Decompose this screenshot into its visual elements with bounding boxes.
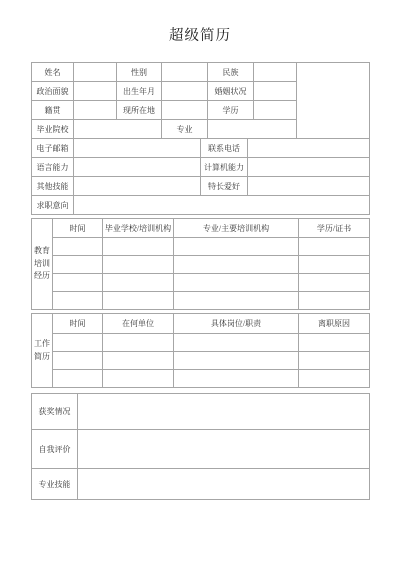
personal-info-table: 姓名 性别 民族 政治面貌 出生年月 婚姻状况 籍贯 现所在地 — [31, 62, 370, 215]
education-major-cell — [174, 256, 299, 274]
work-history-table: 工作 简历 时间 在何单位 具体岗位/职责 离职原因 — [31, 313, 370, 388]
computer-skill-value — [248, 158, 370, 177]
work-time-cell — [53, 370, 103, 388]
education-header-degree: 学历/证书 — [299, 219, 370, 238]
education-major-cell — [174, 292, 299, 310]
self-evaluation-row: 自我评价 — [32, 430, 370, 469]
education-time-cell — [53, 274, 103, 292]
row-otherskills-hobby: 其他技能 特长爱好 — [32, 177, 370, 196]
graduate-school-label: 毕业院校 — [32, 120, 74, 139]
work-empty-row — [32, 370, 370, 388]
professional-skills-label: 专业技能 — [32, 469, 78, 500]
work-position-cell — [174, 352, 299, 370]
row-name-gender-ethnicity: 姓名 性别 民族 — [32, 63, 370, 82]
education-time-cell — [53, 256, 103, 274]
major-label: 专业 — [162, 120, 208, 139]
other-skills-label: 其他技能 — [32, 177, 74, 196]
phone-label: 联系电话 — [201, 139, 248, 158]
row-language-computer: 语言能力 计算机能力 — [32, 158, 370, 177]
education-time-cell — [53, 292, 103, 310]
degree-label: 学历 — [208, 101, 254, 120]
education-header-major: 专业/主要培训机构 — [174, 219, 299, 238]
professional-skills-value — [78, 469, 370, 500]
political-status-value — [74, 82, 117, 101]
photo-area — [297, 63, 370, 139]
self-evaluation-label: 自我评价 — [32, 430, 78, 469]
work-reason-cell — [299, 352, 370, 370]
education-school-cell — [103, 256, 174, 274]
work-reason-cell — [299, 370, 370, 388]
major-value — [208, 120, 297, 139]
resume-page: 超级简历 姓名 性别 民族 政治面貌 出生年月 — [0, 0, 400, 565]
work-time-cell — [53, 334, 103, 352]
education-section-label: 教育 培训 经历 — [32, 219, 53, 310]
birth-date-label: 出生年月 — [117, 82, 162, 101]
row-objective: 求职意向 — [32, 196, 370, 215]
education-school-cell — [103, 292, 174, 310]
summary-table: 获奖情况 自我评价 专业技能 — [31, 393, 370, 500]
work-company-cell — [103, 352, 174, 370]
education-empty-row — [32, 274, 370, 292]
ethnicity-label: 民族 — [208, 63, 254, 82]
job-objective-label: 求职意向 — [32, 196, 74, 215]
work-section-label: 工作 简历 — [32, 314, 53, 388]
education-empty-row — [32, 292, 370, 310]
education-empty-row — [32, 238, 370, 256]
name-label: 姓名 — [32, 63, 74, 82]
work-header-company: 在何单位 — [103, 314, 174, 334]
native-place-value — [74, 101, 117, 120]
marital-status-label: 婚姻状况 — [208, 82, 254, 101]
education-degree-cell — [299, 274, 370, 292]
name-value — [74, 63, 117, 82]
education-school-cell — [103, 274, 174, 292]
email-value — [74, 139, 201, 158]
education-header-row: 教育 培训 经历 时间 毕业学校/培训机构 专业/主要培训机构 学历/证书 — [32, 219, 370, 238]
work-empty-row — [32, 334, 370, 352]
work-position-cell — [174, 334, 299, 352]
education-table: 教育 培训 经历 时间 毕业学校/培训机构 专业/主要培训机构 学历/证书 — [31, 218, 370, 310]
gender-label: 性别 — [117, 63, 162, 82]
awards-row: 获奖情况 — [32, 394, 370, 430]
current-location-label: 现所在地 — [117, 101, 162, 120]
education-time-cell — [53, 238, 103, 256]
education-degree-cell — [299, 292, 370, 310]
gender-value — [162, 63, 208, 82]
ethnicity-value — [254, 63, 297, 82]
birth-date-value — [162, 82, 208, 101]
work-header-leaving-reason: 离职原因 — [299, 314, 370, 334]
education-header-school: 毕业学校/培训机构 — [103, 219, 174, 238]
work-header-row: 工作 简历 时间 在何单位 具体岗位/职责 离职原因 — [32, 314, 370, 334]
graduate-school-value — [74, 120, 162, 139]
native-place-label: 籍贯 — [32, 101, 74, 120]
hobby-value — [248, 177, 370, 196]
degree-value — [254, 101, 297, 120]
awards-value — [78, 394, 370, 430]
language-ability-value — [74, 158, 201, 177]
email-label: 电子邮箱 — [32, 139, 74, 158]
education-major-cell — [174, 238, 299, 256]
education-school-cell — [103, 238, 174, 256]
work-company-cell — [103, 370, 174, 388]
language-ability-label: 语言能力 — [32, 158, 74, 177]
hobby-label: 特长爱好 — [201, 177, 248, 196]
other-skills-value — [74, 177, 201, 196]
work-reason-cell — [299, 334, 370, 352]
resume-body: 姓名 性别 民族 政治面貌 出生年月 婚姻状况 籍贯 现所在地 — [31, 62, 369, 500]
row-email-phone: 电子邮箱 联系电话 — [32, 139, 370, 158]
political-status-label: 政治面貌 — [32, 82, 74, 101]
education-degree-cell — [299, 238, 370, 256]
education-empty-row — [32, 256, 370, 274]
phone-value — [248, 139, 370, 158]
education-degree-cell — [299, 256, 370, 274]
work-company-cell — [103, 334, 174, 352]
work-header-position: 具体岗位/职责 — [174, 314, 299, 334]
work-position-cell — [174, 370, 299, 388]
work-empty-row — [32, 352, 370, 370]
work-header-time: 时间 — [53, 314, 103, 334]
current-location-value — [162, 101, 208, 120]
professional-skills-row: 专业技能 — [32, 469, 370, 500]
marital-status-value — [254, 82, 297, 101]
job-objective-value — [74, 196, 370, 215]
computer-skill-label: 计算机能力 — [201, 158, 248, 177]
awards-label: 获奖情况 — [32, 394, 78, 430]
self-evaluation-value — [78, 430, 370, 469]
page-title: 超级简历 — [0, 0, 400, 45]
work-time-cell — [53, 352, 103, 370]
education-major-cell — [174, 274, 299, 292]
education-header-time: 时间 — [53, 219, 103, 238]
